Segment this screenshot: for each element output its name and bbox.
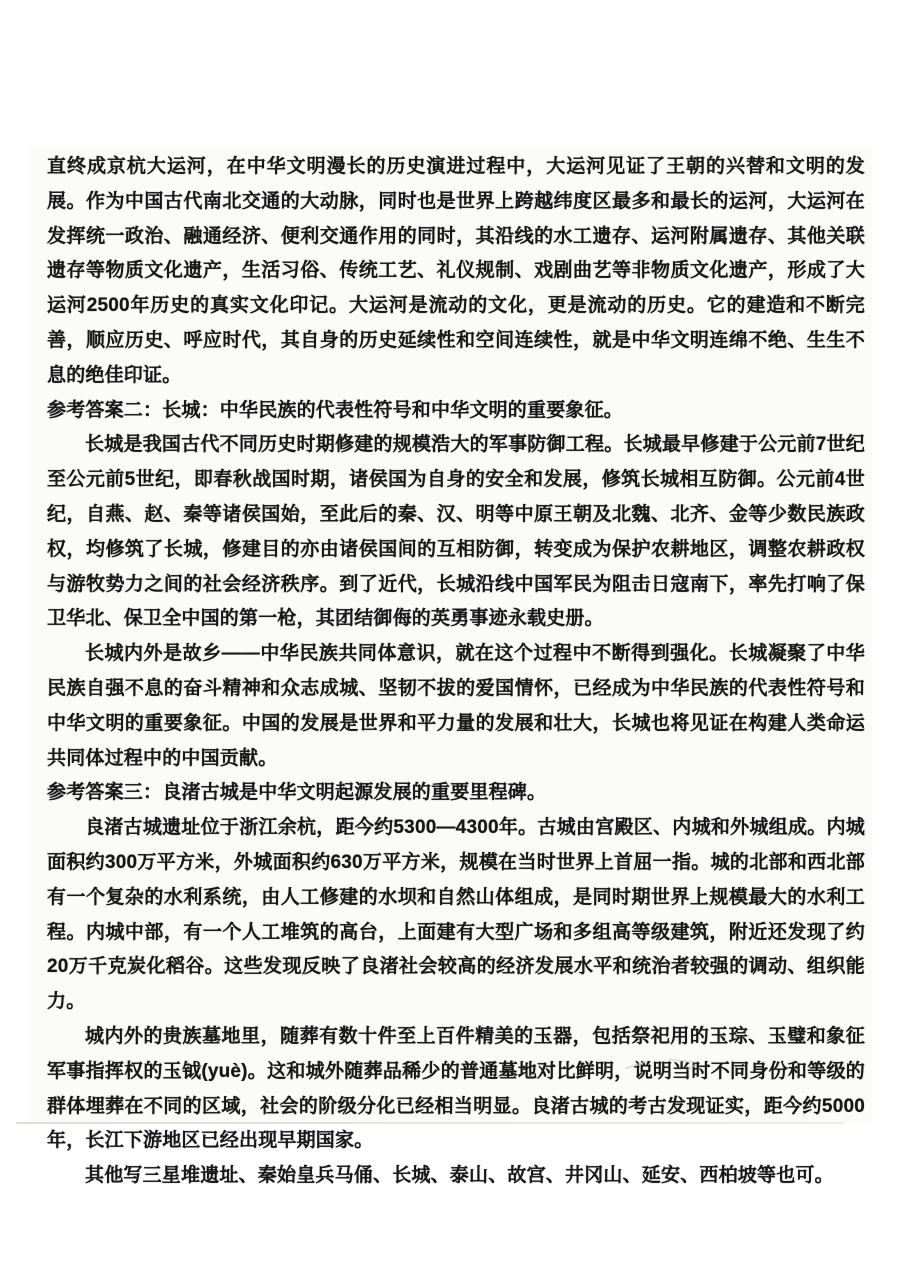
paragraph-grand-canal-continuation: 直终成京杭大运河，在中华文明漫长的历史演进过程中，大运河见证了王朝的兴替和文明的… bbox=[47, 150, 865, 394]
paragraph-other-acceptable-answers: 其他写三星堆遗址、秦始皇兵马俑、长城、泰山、故宫、井冈山、延安、西柏坡等也可。 bbox=[47, 1159, 865, 1194]
paragraph-liangzhu-tombs-jade: 城内外的贵族墓地里，随葬有数十件至上百件精美的玉器，包括祭祀用的玉琮、玉璧和象征… bbox=[47, 1020, 865, 1159]
paragraph-great-wall-history: 长城是我国古代不同历史时期修建的规模浩大的军事防御工程。长城最早修建于公元前7世… bbox=[47, 428, 865, 637]
heading-reference-answer-2-great-wall: 参考答案二：长城：中华民族的代表性符号和中华文明的重要象征。 bbox=[47, 394, 865, 429]
heading-reference-answer-3-liangzhu: 参考答案三：良渚古城是中华文明起源发展的重要里程碑。 bbox=[47, 776, 865, 811]
scan-page-bottom-edge bbox=[16, 1122, 844, 1124]
scanned-document-text: 直终成京杭大运河，在中华文明漫长的历史演进过程中，大运河见证了王朝的兴替和文明的… bbox=[47, 150, 865, 1194]
paragraph-great-wall-symbolism: 长城内外是故乡——中华民族共同体意识，就在这个过程中不断得到强化。长城凝聚了中华… bbox=[47, 637, 865, 776]
paragraph-liangzhu-site-description: 良渚古城遗址位于浙江余杭，距今约5300—4300年。古城由宫殿区、内城和外城组… bbox=[47, 811, 865, 1020]
scan-smudge-artifact bbox=[617, 1056, 707, 1072]
